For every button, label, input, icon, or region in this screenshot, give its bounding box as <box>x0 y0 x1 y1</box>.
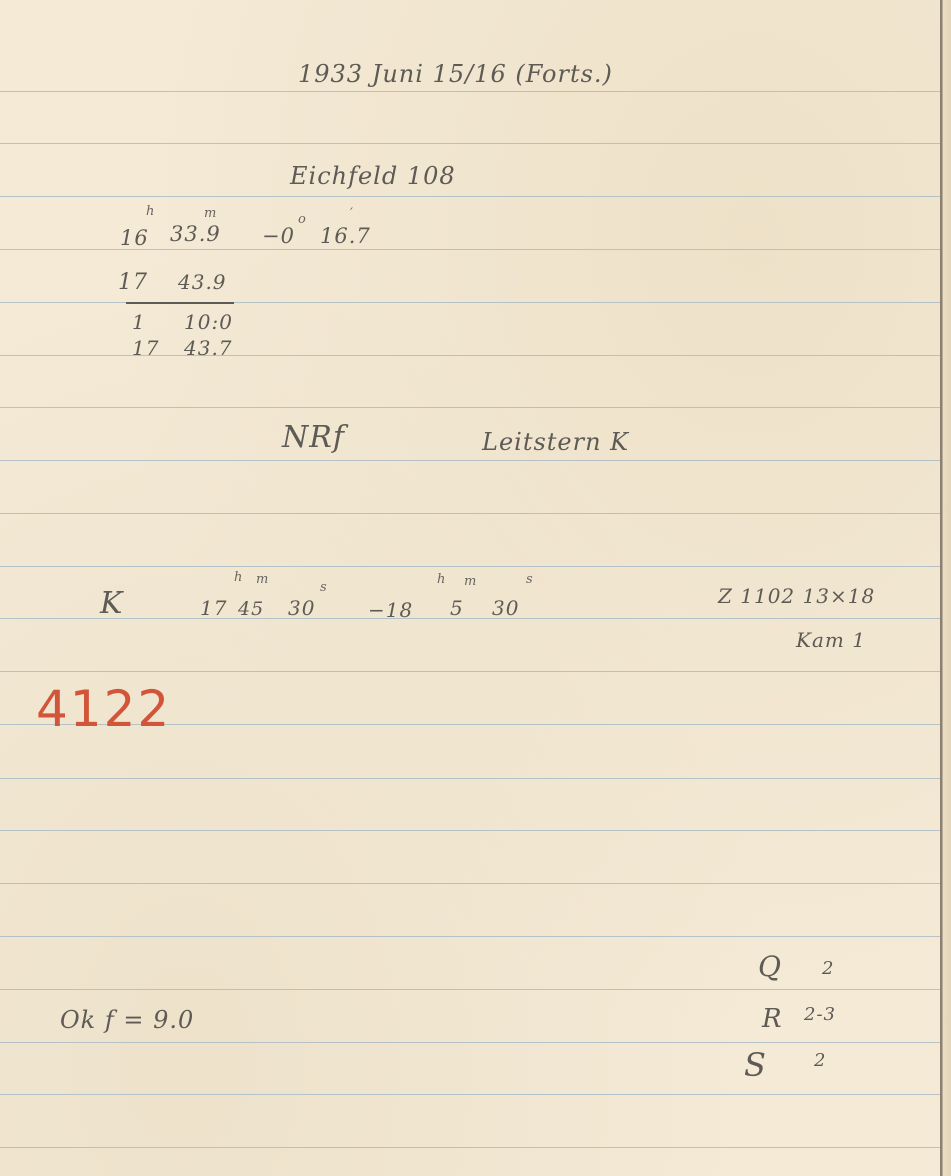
ruled-line <box>0 407 940 408</box>
ra-hours-sup: h <box>234 570 242 585</box>
dec-degrees: −18 <box>368 598 413 622</box>
eichfeld-row-1-minutes: 33.9 <box>170 222 221 246</box>
degrees-superscript: o <box>298 212 306 227</box>
ruled-line <box>0 91 940 92</box>
ruled-line <box>0 196 940 197</box>
ra-seconds-sup: s <box>320 580 327 595</box>
eichfeld-row-2-minutes: 43.9 <box>178 270 227 294</box>
notebook-page: 1933 Juni 15/16 (Forts.) Eichfeld 108 16… <box>0 0 940 1176</box>
plate-number: 4122 <box>36 680 171 738</box>
quality-symbol-s: S <box>744 1046 767 1084</box>
plate-info: Z 1102 13×18 <box>718 584 875 608</box>
star-label: K <box>100 586 123 621</box>
nrf-heading: NRf <box>282 420 345 455</box>
quality-value-r: 2-3 <box>804 1004 836 1025</box>
subtraction-rule <box>126 302 234 304</box>
section-heading-eichfeld: Eichfeld 108 <box>290 162 456 190</box>
dec-minutes-sup: m <box>464 574 476 589</box>
arcmin-superscript: ′ <box>350 206 353 221</box>
ruled-line <box>0 618 940 619</box>
quality-symbol-r: R <box>762 1004 783 1034</box>
page-binding-edge <box>940 0 951 1176</box>
eichfeld-row-3-minutes: 10:0 <box>184 310 233 334</box>
eichfeld-row-1-arcmin: 16.7 <box>320 224 371 248</box>
dec-seconds: 30 <box>492 596 519 620</box>
ruled-line <box>0 830 940 831</box>
leitstern-heading: Leitstern K <box>482 428 629 456</box>
camera-info: Kam 1 <box>796 628 866 652</box>
ruled-line <box>0 671 940 672</box>
eichfeld-row-3-hours: 1 <box>132 310 146 334</box>
dec-minutes: 5 <box>450 596 464 620</box>
dec-seconds-sup: s <box>526 572 533 587</box>
ocular-focal: Ok f = 9.0 <box>60 1006 194 1034</box>
ruled-line <box>0 936 940 937</box>
eichfeld-row-4-hours: 17 <box>132 336 159 360</box>
ruled-line <box>0 1042 940 1043</box>
ruled-line <box>0 1094 940 1095</box>
ruled-line <box>0 513 940 514</box>
ruled-line <box>0 460 940 461</box>
eichfeld-row-1-hours: 16 <box>120 226 149 250</box>
ruled-line <box>0 778 940 779</box>
dec-degrees-sup: h <box>437 572 445 587</box>
ra-minutes: 45 <box>238 598 264 620</box>
ra-seconds: 30 <box>288 596 315 620</box>
quality-symbol-q: Q <box>758 950 782 983</box>
hours-superscript: h <box>146 204 154 219</box>
eichfeld-row-2-hours: 17 <box>118 270 148 295</box>
quality-value-q: 2 <box>822 958 834 979</box>
eichfeld-row-1-degrees: −0 <box>262 224 295 248</box>
minutes-superscript: m <box>204 206 216 221</box>
ruled-line <box>0 883 940 884</box>
ruled-line <box>0 143 940 144</box>
ra-hours: 17 <box>200 596 227 620</box>
ruled-line <box>0 989 940 990</box>
ra-minutes-sup: m <box>256 572 268 587</box>
date-heading: 1933 Juni 15/16 (Forts.) <box>298 60 613 88</box>
ruled-line <box>0 566 940 567</box>
quality-value-s: 2 <box>814 1050 826 1071</box>
ruled-line <box>0 1147 940 1148</box>
eichfeld-row-4-minutes: 43.7 <box>184 336 233 360</box>
